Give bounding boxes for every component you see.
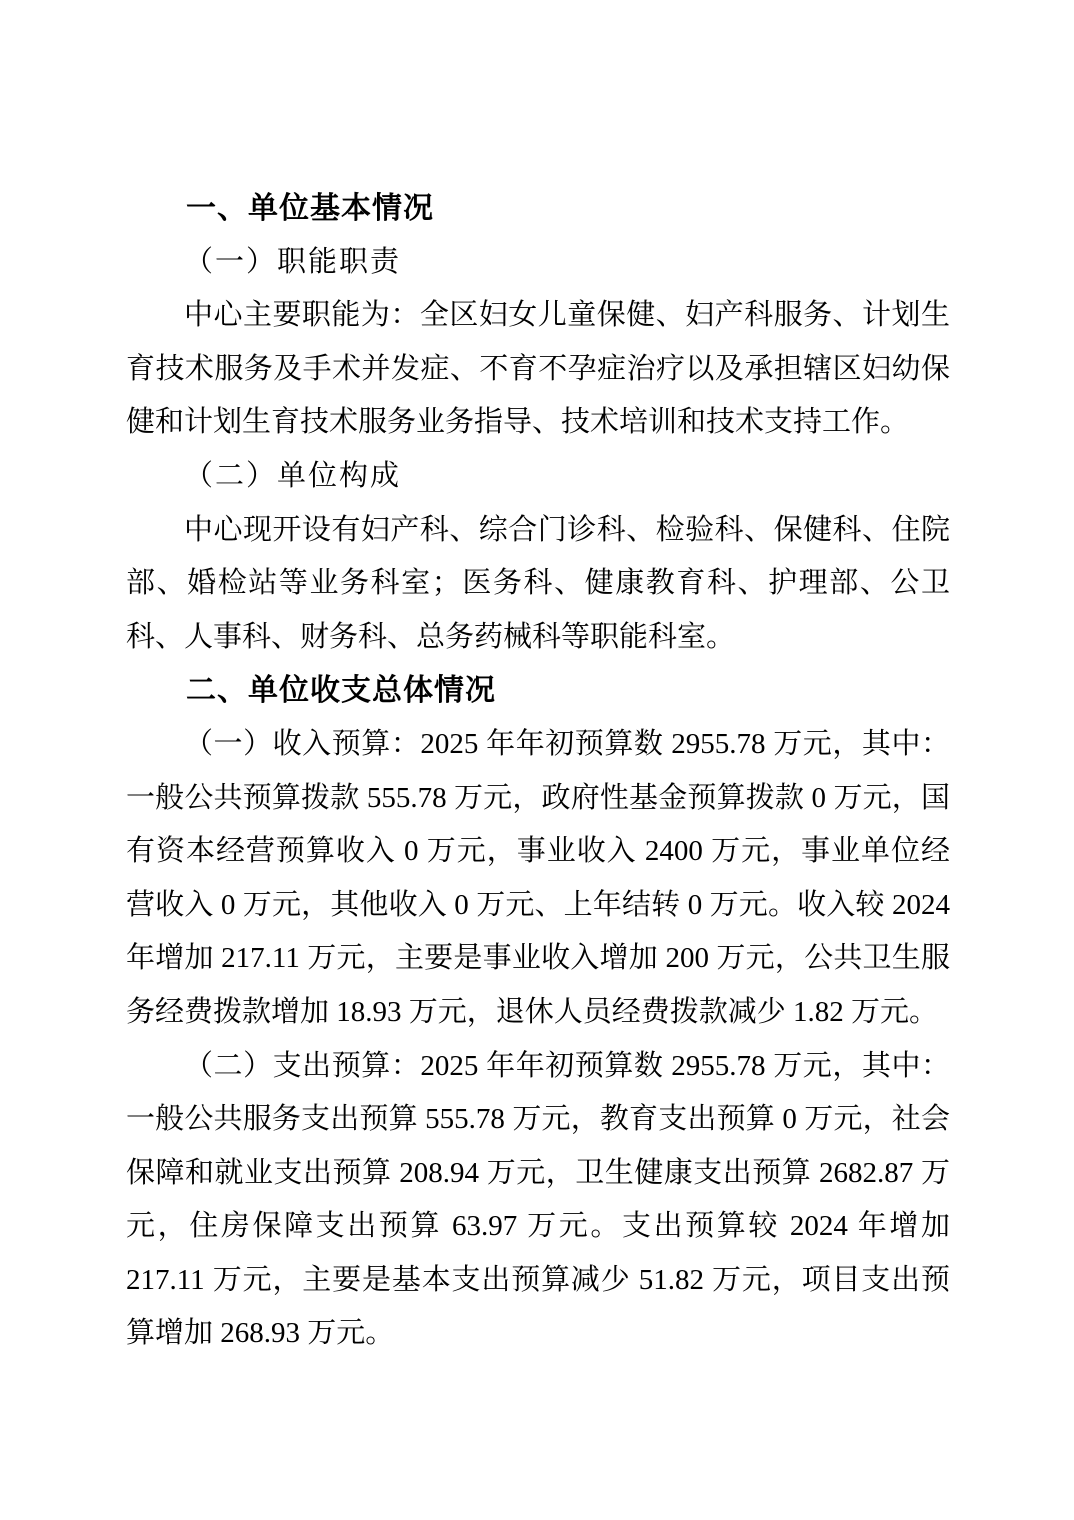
income-budget-paragraph: （一）收入预算：2025 年年初预算数 2955.78 万元，其中：一般公共预算… <box>126 718 950 1040</box>
document-content: 一、单位基本情况 （一）职能职责 中心主要职能为：全区妇女儿童保健、妇产科服务、… <box>126 182 950 1361</box>
functions-duties-paragraph: 中心主要职能为：全区妇女儿童保健、妇产科服务、计划生育技术服务及手术并发症、不育… <box>126 289 950 450</box>
section-2-heading: 二、单位收支总体情况 <box>126 664 950 718</box>
expenditure-budget-paragraph: （二）支出预算：2025 年年初预算数 2955.78 万元，其中：一般公共服务… <box>126 1040 950 1362</box>
section-1-sub-1-heading: （一）职能职责 <box>126 236 950 290</box>
section-1-sub-2-heading: （二）单位构成 <box>126 450 950 504</box>
unit-composition-paragraph: 中心现开设有妇产科、综合门诊科、检验科、保健科、住院部、婚检站等业务科室；医务科… <box>126 504 950 665</box>
document-page: 一、单位基本情况 （一）职能职责 中心主要职能为：全区妇女儿童保健、妇产科服务、… <box>0 0 1074 1520</box>
section-1-heading: 一、单位基本情况 <box>126 182 950 236</box>
